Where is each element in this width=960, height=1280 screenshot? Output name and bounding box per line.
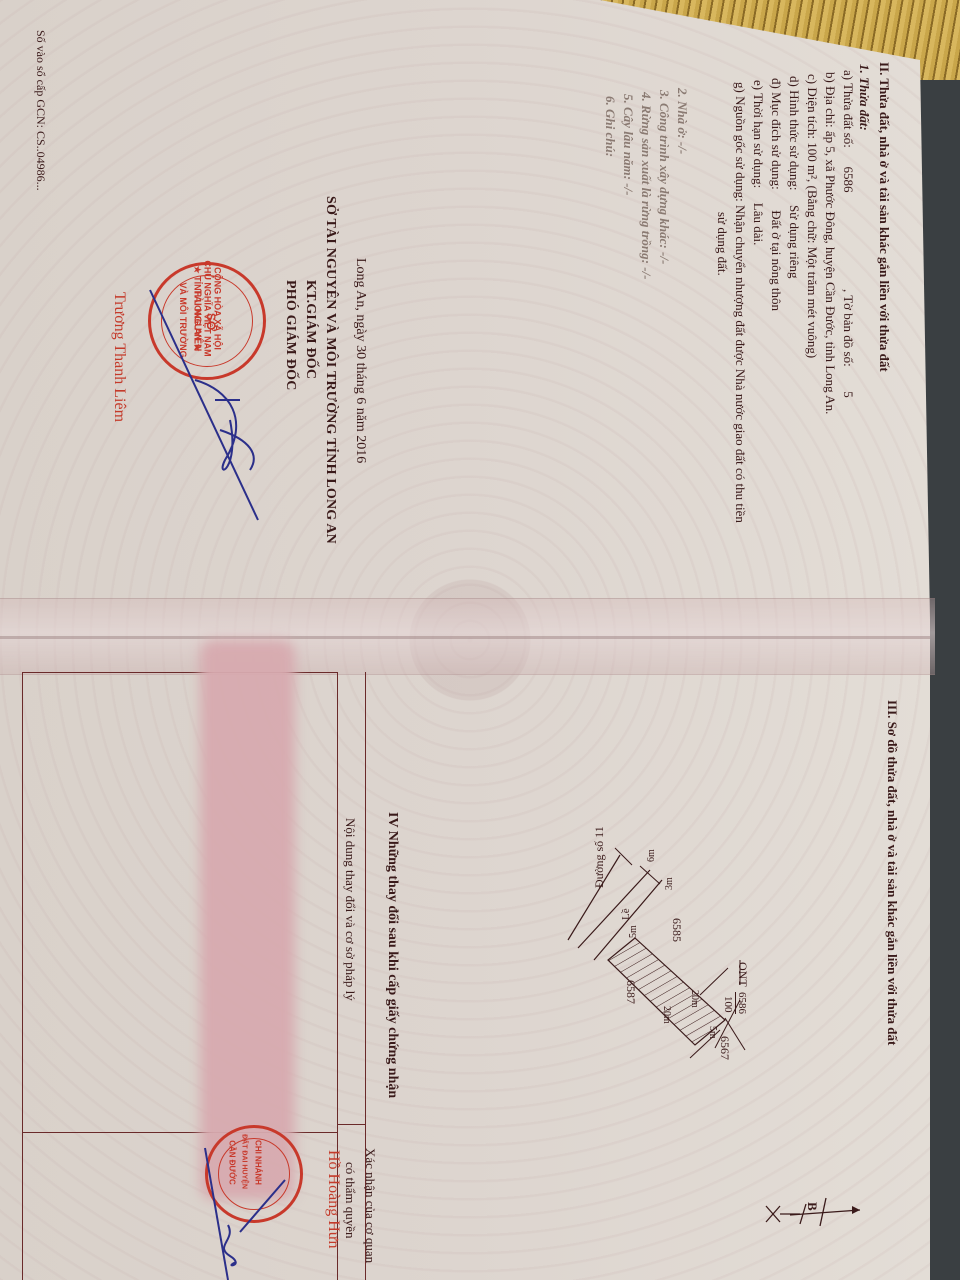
signer-name-right: Hồ Hoàng Hưn <box>324 1150 342 1248</box>
signature-right <box>0 0 960 1280</box>
